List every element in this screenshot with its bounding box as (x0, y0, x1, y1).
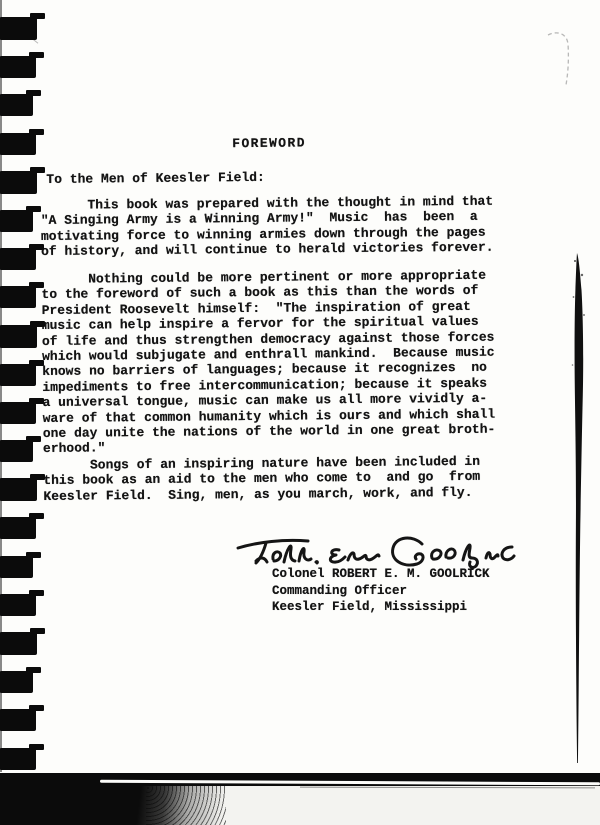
salutation-line: To the Men of Keesler Field: (46, 170, 265, 188)
binding-tooth (0, 440, 33, 462)
binding-tooth (0, 709, 36, 731)
foreword-paragraph-2: Nothing could be more pertinent or more … (41, 268, 495, 457)
binding-tooth (0, 632, 37, 655)
scan-edge-speckle (146, 786, 226, 825)
binding-tooth (0, 594, 36, 616)
binding-tooth (0, 248, 36, 270)
binding-tooth (0, 17, 37, 40)
foreword-text-block: FOREWORD To the Men of Keesler Field: Th… (40, 134, 502, 510)
binding-tooth (0, 478, 37, 501)
scan-shadow-right (565, 245, 593, 775)
scanned-page: FOREWORD To the Men of Keesler Field: Th… (0, 0, 600, 825)
scan-edge-bottom-wedge (0, 786, 600, 825)
page-title: FOREWORD (40, 134, 498, 154)
binding-tooth (0, 748, 36, 770)
scan-artifact-curve (540, 26, 576, 92)
binding-tooth (0, 94, 33, 116)
binding-tooth (0, 517, 36, 539)
binding-strip (0, 17, 37, 770)
signature-block: Colonel ROBERT E. M. GOOLRICK Commanding… (272, 566, 490, 616)
binding-tooth (0, 402, 36, 424)
binding-tooth (0, 56, 36, 78)
binding-tooth (0, 556, 33, 578)
binding-tooth (0, 325, 37, 348)
binding-tooth (0, 171, 37, 194)
binding-tooth (0, 133, 36, 155)
foreword-paragraph-3: Songs of an inspiring nature have been i… (43, 454, 480, 504)
binding-tooth (0, 671, 33, 693)
binding-tooth (0, 210, 33, 232)
binding-tooth (0, 364, 36, 386)
foreword-paragraph-1: This book was prepared with the thought … (41, 194, 494, 260)
binding-tooth (0, 286, 36, 308)
